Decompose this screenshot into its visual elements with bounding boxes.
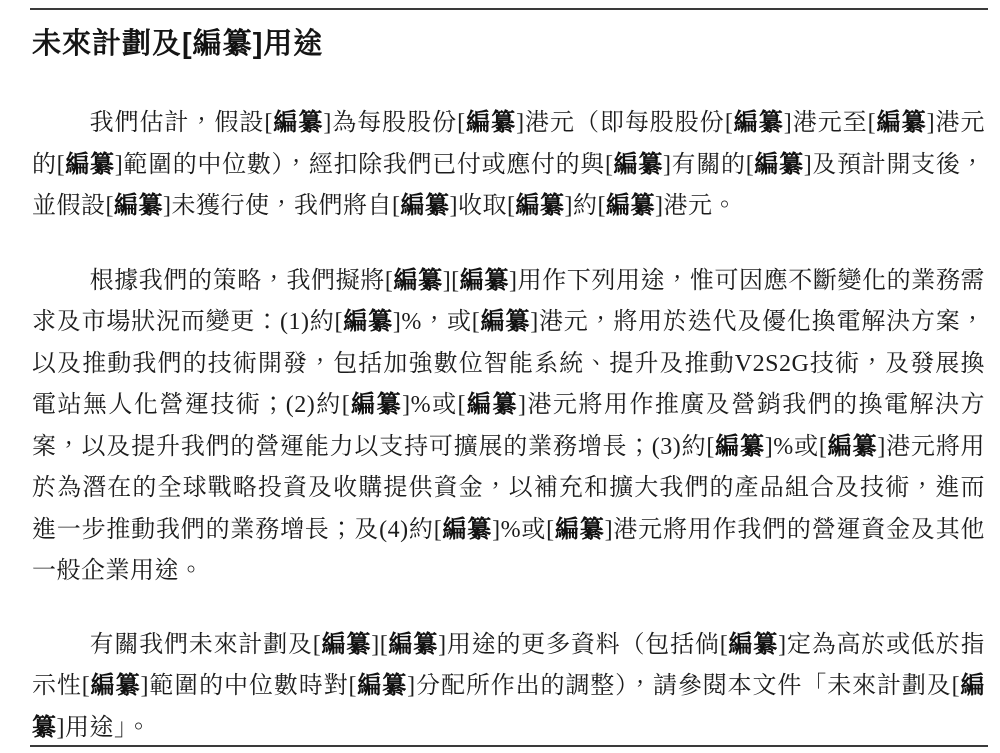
redacted-marker: 編纂	[715, 434, 765, 460]
redacted-marker: 編纂	[357, 673, 407, 699]
redacted-marker: 編纂	[32, 673, 985, 741]
paragraph-use-of-proceeds-breakdown: 根據我們的策略，我們擬將[編纂][編纂]用作下列用途，惟可因應不斷變化的業務需求…	[32, 261, 985, 593]
paragraph-estimated-proceeds: 我們估計，假設[編纂]為每股股份[編纂]港元（即每股股份[編纂]港元至[編纂]港…	[32, 103, 985, 228]
redacted-marker: 編纂	[606, 193, 655, 219]
redacted-marker: 編纂	[613, 152, 663, 178]
redacted-marker: 編纂	[728, 632, 778, 658]
prospectus-page: 未來計劃及[編纂]用途 我們估計，假設[編纂]為每股股份[編纂]港元（即每股股份…	[0, 0, 1000, 753]
redacted-marker: 編纂	[876, 110, 926, 136]
redacted-marker: 編纂	[343, 309, 393, 335]
redacted-marker: 編纂	[388, 632, 438, 658]
redacted-marker: 編纂	[827, 434, 877, 460]
redacted-marker: 編纂	[480, 309, 530, 335]
redacted-marker: 編纂	[733, 110, 783, 136]
redacted-marker: 編纂	[350, 392, 402, 418]
redacted-marker: 編纂	[273, 110, 323, 136]
redacted-marker: 編纂	[193, 28, 253, 60]
redacted-marker: 編纂	[442, 517, 492, 543]
bottom-rule	[30, 745, 988, 747]
redacted-marker: 編纂	[466, 110, 516, 136]
redacted-marker: 編纂	[393, 268, 442, 294]
page-content: 未來計劃及[編纂]用途 我們估計，假設[編纂]為每股股份[編纂]港元（即每股股份…	[32, 0, 985, 749]
redacted-marker: 編纂	[65, 152, 115, 178]
redacted-marker: 編纂	[555, 517, 605, 543]
redacted-marker: 編纂	[460, 268, 509, 294]
redacted-marker: 編纂	[515, 193, 564, 219]
redacted-marker: 編纂	[114, 193, 163, 219]
redacted-marker: 編纂	[400, 193, 449, 219]
redacted-marker: 編纂	[754, 152, 804, 178]
redacted-marker: 編纂	[321, 632, 371, 658]
redacted-marker: 編纂	[466, 392, 518, 418]
page-title: 未來計劃及[編纂]用途	[32, 25, 985, 63]
redacted-marker: 編纂	[90, 673, 140, 699]
paragraph-further-information-reference: 有關我們未來計劃及[編纂][編纂]用途的更多資料（包括倘[編纂]定為高於或低於指…	[32, 625, 985, 750]
